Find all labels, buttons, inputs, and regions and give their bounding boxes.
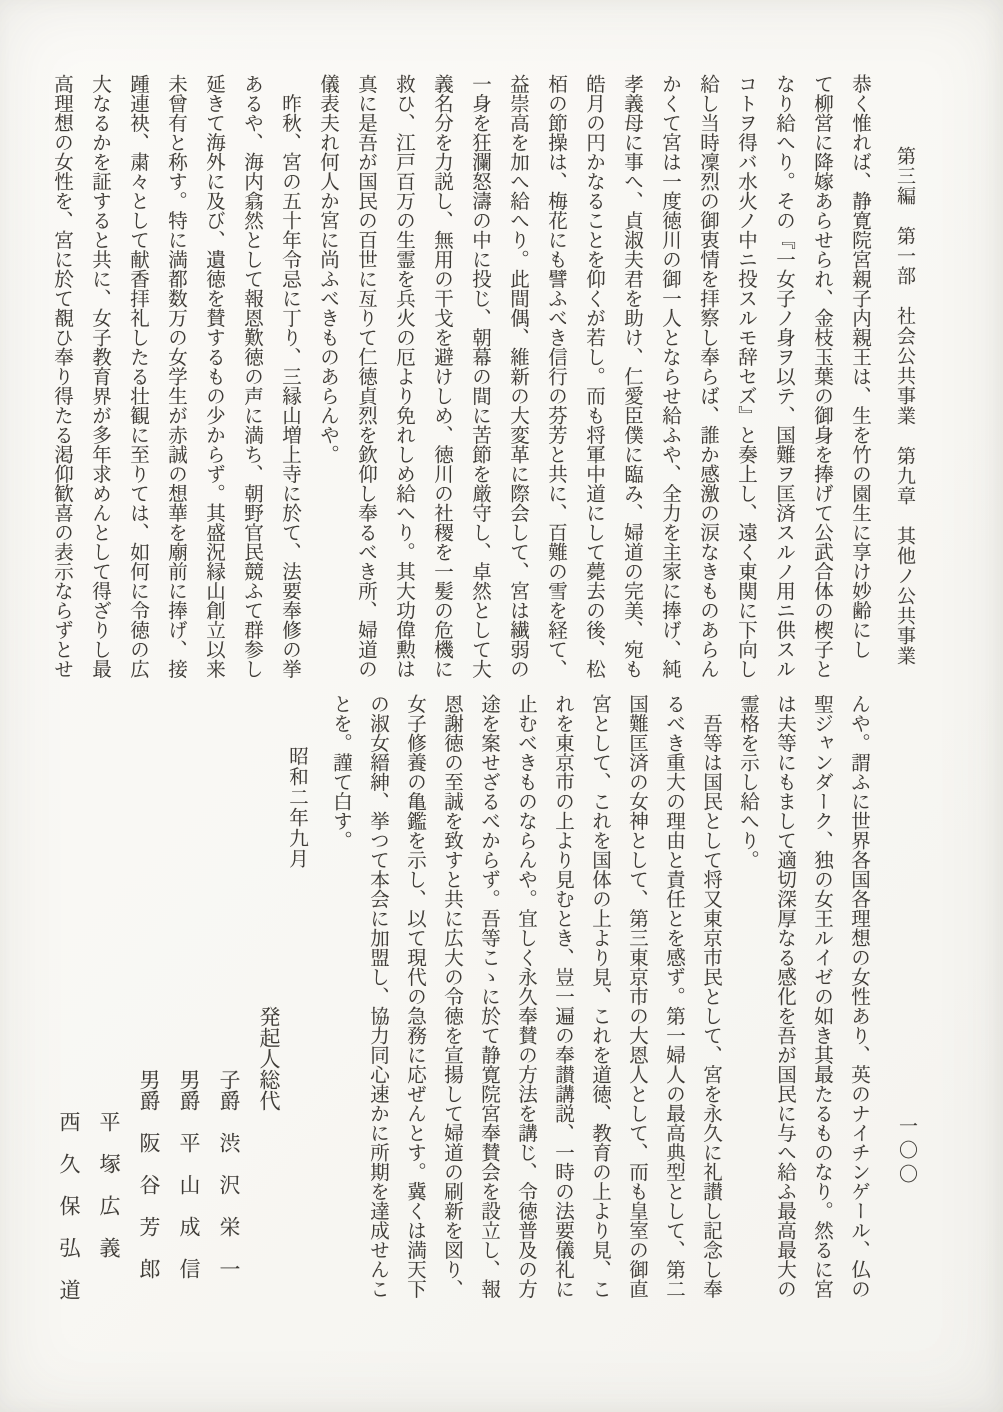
signature-block: 発起人総代 子爵 渋 沢 栄 一 男爵 平 山 成 信 男爵 阪 谷 芳 郎 平… [49, 1006, 289, 1406]
page-number: 一〇〇 [894, 1116, 921, 1188]
main-text-lower: んや。謂ふに世界各国各理想の女性あり、英のナイチンゲール、仏の 聖ジャンダーク、… [323, 694, 878, 1316]
scanned-page: 第三編 第一部 社会公共事業 第九章 其他ノ公共事業 一〇〇 恭く惟れば、静寛院… [0, 0, 1003, 1412]
chapter-header: 第三編 第一部 社会公共事業 第九章 其他ノ公共事業 [892, 146, 919, 706]
date-line: 昭和二年九月 [283, 746, 311, 869]
main-text-upper: 恭く惟れば、静寛院宮親子内親王は、生を竹の園生に享け妙齢にし て柳営に降嫁あらせ… [43, 74, 879, 696]
